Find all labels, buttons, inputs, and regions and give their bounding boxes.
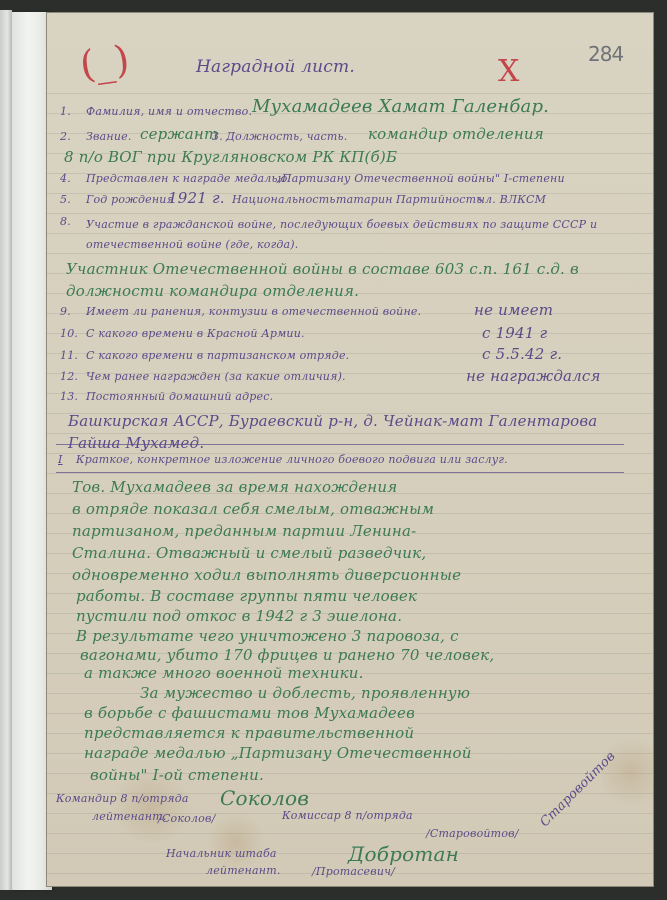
field-9-label: Имеет ли ранения, контузии в отечественн… — [86, 305, 421, 318]
field-3-value: командир отделения — [368, 125, 544, 143]
citation-line: пустили под откос в 1942 г 3 эшелона. — [76, 607, 402, 625]
field-12-num: 12. — [60, 370, 78, 383]
field-2-num: 2. — [60, 130, 71, 143]
field-4-label: Представлен к награде медалью — [86, 172, 288, 185]
section-divider — [56, 444, 624, 445]
signature-name: /Соколов/ — [158, 812, 215, 825]
field-8-num: 8. — [60, 215, 71, 228]
field-1-label: Фамилия, имя и отчество. — [86, 105, 252, 118]
citation-line: в борьбе с фашистами тов Мухамадеев — [84, 704, 415, 722]
paper-stain — [601, 732, 654, 812]
field-4-value: „Партизану Отечественной войны" I-степен… — [276, 172, 565, 185]
signature-name: /Протасевич/ — [312, 865, 395, 878]
field-7-value: чл. ВЛКСМ — [478, 193, 546, 206]
field-11-value: с 5.5.42 г. — [482, 345, 562, 363]
section-2-num: I — [58, 453, 63, 466]
field-7-label: Партийность — [396, 193, 482, 206]
field-3-value-cont: 8 п/о ВОГ при Кругляновском РК КП(б)Б — [64, 148, 397, 166]
citation-line: в отряде показал себя смелым, отважным — [72, 500, 434, 518]
field-9-num: 9. — [60, 305, 71, 318]
citation-line: Тов. Мухамадеев за время нахождения — [72, 478, 397, 496]
section-2-heading: Краткое, конкретное изложение личного бо… — [76, 453, 508, 466]
field-8-value: Участник Отечественной войны в составе 6… — [66, 258, 636, 302]
field-3-num: 3. — [212, 130, 223, 143]
field-10-num: 10. — [60, 327, 78, 340]
citation-line: Сталина. Отважный и смелый разведчик, — [72, 544, 426, 562]
field-13-num: 13. — [60, 390, 78, 403]
field-11-num: 11. — [60, 349, 78, 362]
archive-page-number: 284 — [588, 42, 623, 66]
award-sheet-page: (_) Наградной лист. X 284 1. Фамилия, им… — [46, 12, 654, 887]
signature-role: Командир 8 п/отряда — [56, 792, 189, 805]
field-6-label: Национальность. — [232, 193, 339, 206]
field-5-num: 5. — [60, 193, 71, 206]
signature-scrawl: Соколов — [220, 786, 309, 810]
red-x-mark: X — [498, 54, 520, 89]
field-1-num: 1. — [60, 105, 71, 118]
section-divider — [56, 472, 624, 473]
field-2-value: сержант — [140, 125, 218, 143]
citation-line: партизаном, преданным партии Ленина- — [72, 522, 416, 540]
citation-line: работы. В составе группы пяти человек — [76, 587, 417, 605]
signature-name: /Старовойтов/ — [426, 827, 519, 840]
field-13-label: Постоянный домашний адрес. — [86, 390, 273, 403]
field-9-value: не имеет — [474, 301, 553, 319]
signature-rank: лейтенант. — [92, 810, 167, 823]
field-13-value: Башкирская АССР, Бураевский р-н, д. Чейн… — [68, 410, 628, 454]
field-12-value: не награждался — [466, 367, 601, 385]
signature-role: Начальник штаба — [166, 847, 277, 860]
citation-line: войны" I-ой степени. — [90, 766, 264, 784]
citation-line: представляется к правительственной — [84, 724, 414, 742]
signature-role: Комиссар 8 п/отряда — [282, 809, 413, 822]
field-10-label: С какого времени в Красной Армии. — [86, 327, 305, 340]
citation-line: награде медалью „Партизану Отечественной — [84, 744, 472, 762]
signature-scrawl: Добротан — [348, 842, 459, 866]
citation-line: а также много военной техники. — [84, 664, 364, 682]
binder-strip — [0, 10, 12, 890]
citation-line: одновременно ходил выполнять диверсионны… — [72, 566, 461, 584]
red-bracket-mark: (_) — [77, 37, 132, 87]
citation-line: В результате чего уничтожено 3 паровоза,… — [76, 627, 459, 645]
field-5-value: 1921 г. — [168, 189, 225, 207]
signature-rank: лейтенант. — [206, 864, 281, 877]
field-6-value: татарин — [336, 193, 393, 206]
field-10-value: с 1941 г — [482, 324, 547, 342]
field-5-label: Год рождения — [86, 193, 174, 206]
citation-line: вагонами, убито 170 фрицев и ранено 70 ч… — [80, 646, 494, 664]
page-title: Наградной лист. — [196, 57, 355, 77]
field-11-label: С какого времени в партизанском отряде. — [86, 349, 349, 362]
citation-line: За мужество и доблесть, проявленную — [140, 684, 470, 702]
field-12-label: Чем ранее награжден (за какие отличия). — [86, 370, 346, 383]
field-8-label: Участие в гражданской войне, последующих… — [86, 215, 641, 255]
field-3-label: Должность, часть. — [226, 130, 347, 143]
field-1-value: Мухамадеев Хамат Галенбар. — [252, 96, 549, 117]
field-4-num: 4. — [60, 172, 71, 185]
field-2-label: Звание. — [86, 130, 132, 143]
